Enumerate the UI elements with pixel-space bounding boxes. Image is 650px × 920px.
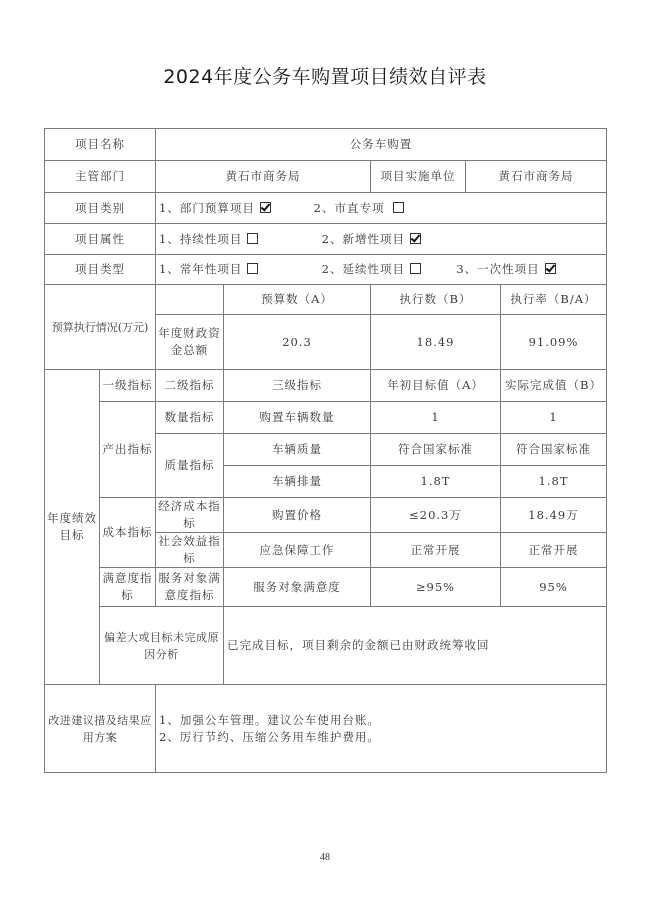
budget-header-executed: 执行数（B）: [371, 285, 501, 315]
row-category: 项目类别 1、部门预算项目 2、市直专项: [45, 193, 607, 224]
level3-cell: 服务对象满意度: [224, 568, 371, 607]
impl-unit-value: 黄石市商务局: [466, 161, 607, 193]
target-cell: 正常开展: [371, 533, 501, 568]
target-cell: ≥95%: [371, 568, 501, 607]
row-department: 主管部门 黄石市商务局 项目实施单位 黄石市商务局: [45, 161, 607, 193]
actual-cell: 95%: [501, 568, 607, 607]
budget-row-label: 年度财政资金总额: [156, 315, 224, 370]
target-cell: 符合国家标准: [371, 434, 501, 466]
row-improvement: 改进建议措及结果应用方案 1、加强公车管理。建议公车使用台账。 2、厉行节约、压…: [45, 685, 607, 773]
attribute-options: 1、持续性项目 2、新增性项目: [156, 224, 607, 255]
target-cell: ≤20.3万: [371, 498, 501, 533]
actual-cell: 符合国家标准: [501, 434, 607, 466]
budget-planned-value: 20.3: [224, 315, 371, 370]
improvement-value: 1、加强公车管理。建议公车使用台账。 2、厉行节约、压缩公务用车维护费用。: [156, 685, 607, 773]
improvement-line-1: 1、加强公车管理。建议公车使用台账。: [159, 712, 604, 729]
budget-header-rate: 执行率（B/A）: [501, 285, 607, 315]
header-level3: 三级指标: [224, 370, 371, 402]
checked-checkbox-icon[interactable]: [545, 263, 556, 274]
level3-cell: 应急保障工作: [224, 533, 371, 568]
project-name-label: 项目名称: [45, 129, 156, 161]
header-level1: 一级指标: [100, 370, 156, 402]
page-number: 48: [0, 852, 650, 863]
row-project-name: 项目名称 公务车购置: [45, 129, 607, 161]
level1-satisfaction: 满意度指标: [100, 568, 156, 607]
type-option-1: 1、常年性项目: [159, 261, 317, 278]
level3-cell: 车辆质量: [224, 434, 371, 466]
level2-cell: 社会效益指标: [156, 533, 224, 568]
category-options: 1、部门预算项目 2、市直专项: [156, 193, 607, 224]
level2-cell: 服务对象满意度指标: [156, 568, 224, 607]
type-options: 1、常年性项目 2、延续性项目 3、一次性项目: [156, 255, 607, 285]
row-performance-header: 年度绩效目标 一级指标 二级指标 三级指标 年初目标值（A） 实际完成值（B）: [45, 370, 607, 402]
actual-cell: 18.49万: [501, 498, 607, 533]
actual-cell: 正常开展: [501, 533, 607, 568]
category-option-1: 1、部门预算项目: [159, 200, 309, 217]
actual-cell: 1: [501, 402, 607, 434]
level2-cell: 经济成本指标: [156, 498, 224, 533]
level1-cost: 成本指标: [100, 498, 156, 568]
row-budget-header: 预算执行情况(万元) 预算数（A） 执行数（B） 执行率（B/A）: [45, 285, 607, 315]
department-label: 主管部门: [45, 161, 156, 193]
checked-checkbox-icon[interactable]: [260, 202, 271, 213]
budget-executed-value: 18.49: [371, 315, 501, 370]
project-name-value: 公务车购置: [156, 129, 607, 161]
category-label: 项目类别: [45, 193, 156, 224]
level2-cell: 质量指标: [156, 434, 224, 498]
improvement-label: 改进建议措及结果应用方案: [45, 685, 156, 773]
performance-label: 年度绩效目标: [45, 370, 100, 685]
budget-rate-value: 91.09%: [501, 315, 607, 370]
checked-checkbox-icon[interactable]: [410, 233, 421, 244]
attribute-label: 项目属性: [45, 224, 156, 255]
header-actual: 实际完成值（B）: [501, 370, 607, 402]
target-cell: 1: [371, 402, 501, 434]
level2-cell: 数量指标: [156, 402, 224, 434]
level3-cell: 车辆排量: [224, 466, 371, 498]
header-target: 年初目标值（A）: [371, 370, 501, 402]
improvement-line-2: 2、厉行节约、压缩公务用车维护费用。: [159, 729, 604, 746]
department-value: 黄石市商务局: [156, 161, 371, 193]
level3-cell: 购置价格: [224, 498, 371, 533]
row-attribute: 项目属性 1、持续性项目 2、新增性项目: [45, 224, 607, 255]
level1-output: 产出指标: [100, 402, 156, 498]
budget-header-planned: 预算数（A）: [224, 285, 371, 315]
page-title: 2024年度公务车购置项目绩效自评表: [0, 62, 650, 89]
unchecked-checkbox-icon[interactable]: [393, 202, 404, 213]
table-row: 成本指标 经济成本指标 购置价格 ≤20.3万 18.49万: [45, 498, 607, 533]
budget-label: 预算执行情况(万元): [45, 285, 156, 370]
self-evaluation-table: 项目名称 公务车购置 主管部门 黄石市商务局 项目实施单位 黄石市商务局 项目类…: [44, 128, 607, 773]
actual-cell: 1.8T: [501, 466, 607, 498]
type-option-3: 3、一次性项目: [456, 261, 555, 278]
category-option-2: 2、市直专项: [314, 200, 405, 217]
target-cell: 1.8T: [371, 466, 501, 498]
attribute-option-1: 1、持续性项目: [159, 231, 317, 248]
unchecked-checkbox-icon[interactable]: [410, 263, 421, 274]
type-option-2: 2、延续性项目: [322, 261, 452, 278]
deviation-label: 偏差大或目标未完成原因分析: [100, 607, 224, 685]
budget-blank-cell: [156, 285, 224, 315]
level3-cell: 购置车辆数量: [224, 402, 371, 434]
type-label: 项目类型: [45, 255, 156, 285]
unchecked-checkbox-icon[interactable]: [247, 263, 258, 274]
table-row: 产出指标 数量指标 购置车辆数量 1 1: [45, 402, 607, 434]
deviation-value: 已完成目标，项目剩余的金额已由财政统筹收回: [224, 607, 607, 685]
row-deviation: 偏差大或目标未完成原因分析 已完成目标，项目剩余的金额已由财政统筹收回: [45, 607, 607, 685]
row-type: 项目类型 1、常年性项目 2、延续性项目 3、一次性项目: [45, 255, 607, 285]
attribute-option-2: 2、新增性项目: [322, 231, 421, 248]
unchecked-checkbox-icon[interactable]: [247, 233, 258, 244]
header-level2: 二级指标: [156, 370, 224, 402]
impl-unit-label: 项目实施单位: [371, 161, 466, 193]
table-row: 满意度指标 服务对象满意度指标 服务对象满意度 ≥95% 95%: [45, 568, 607, 607]
